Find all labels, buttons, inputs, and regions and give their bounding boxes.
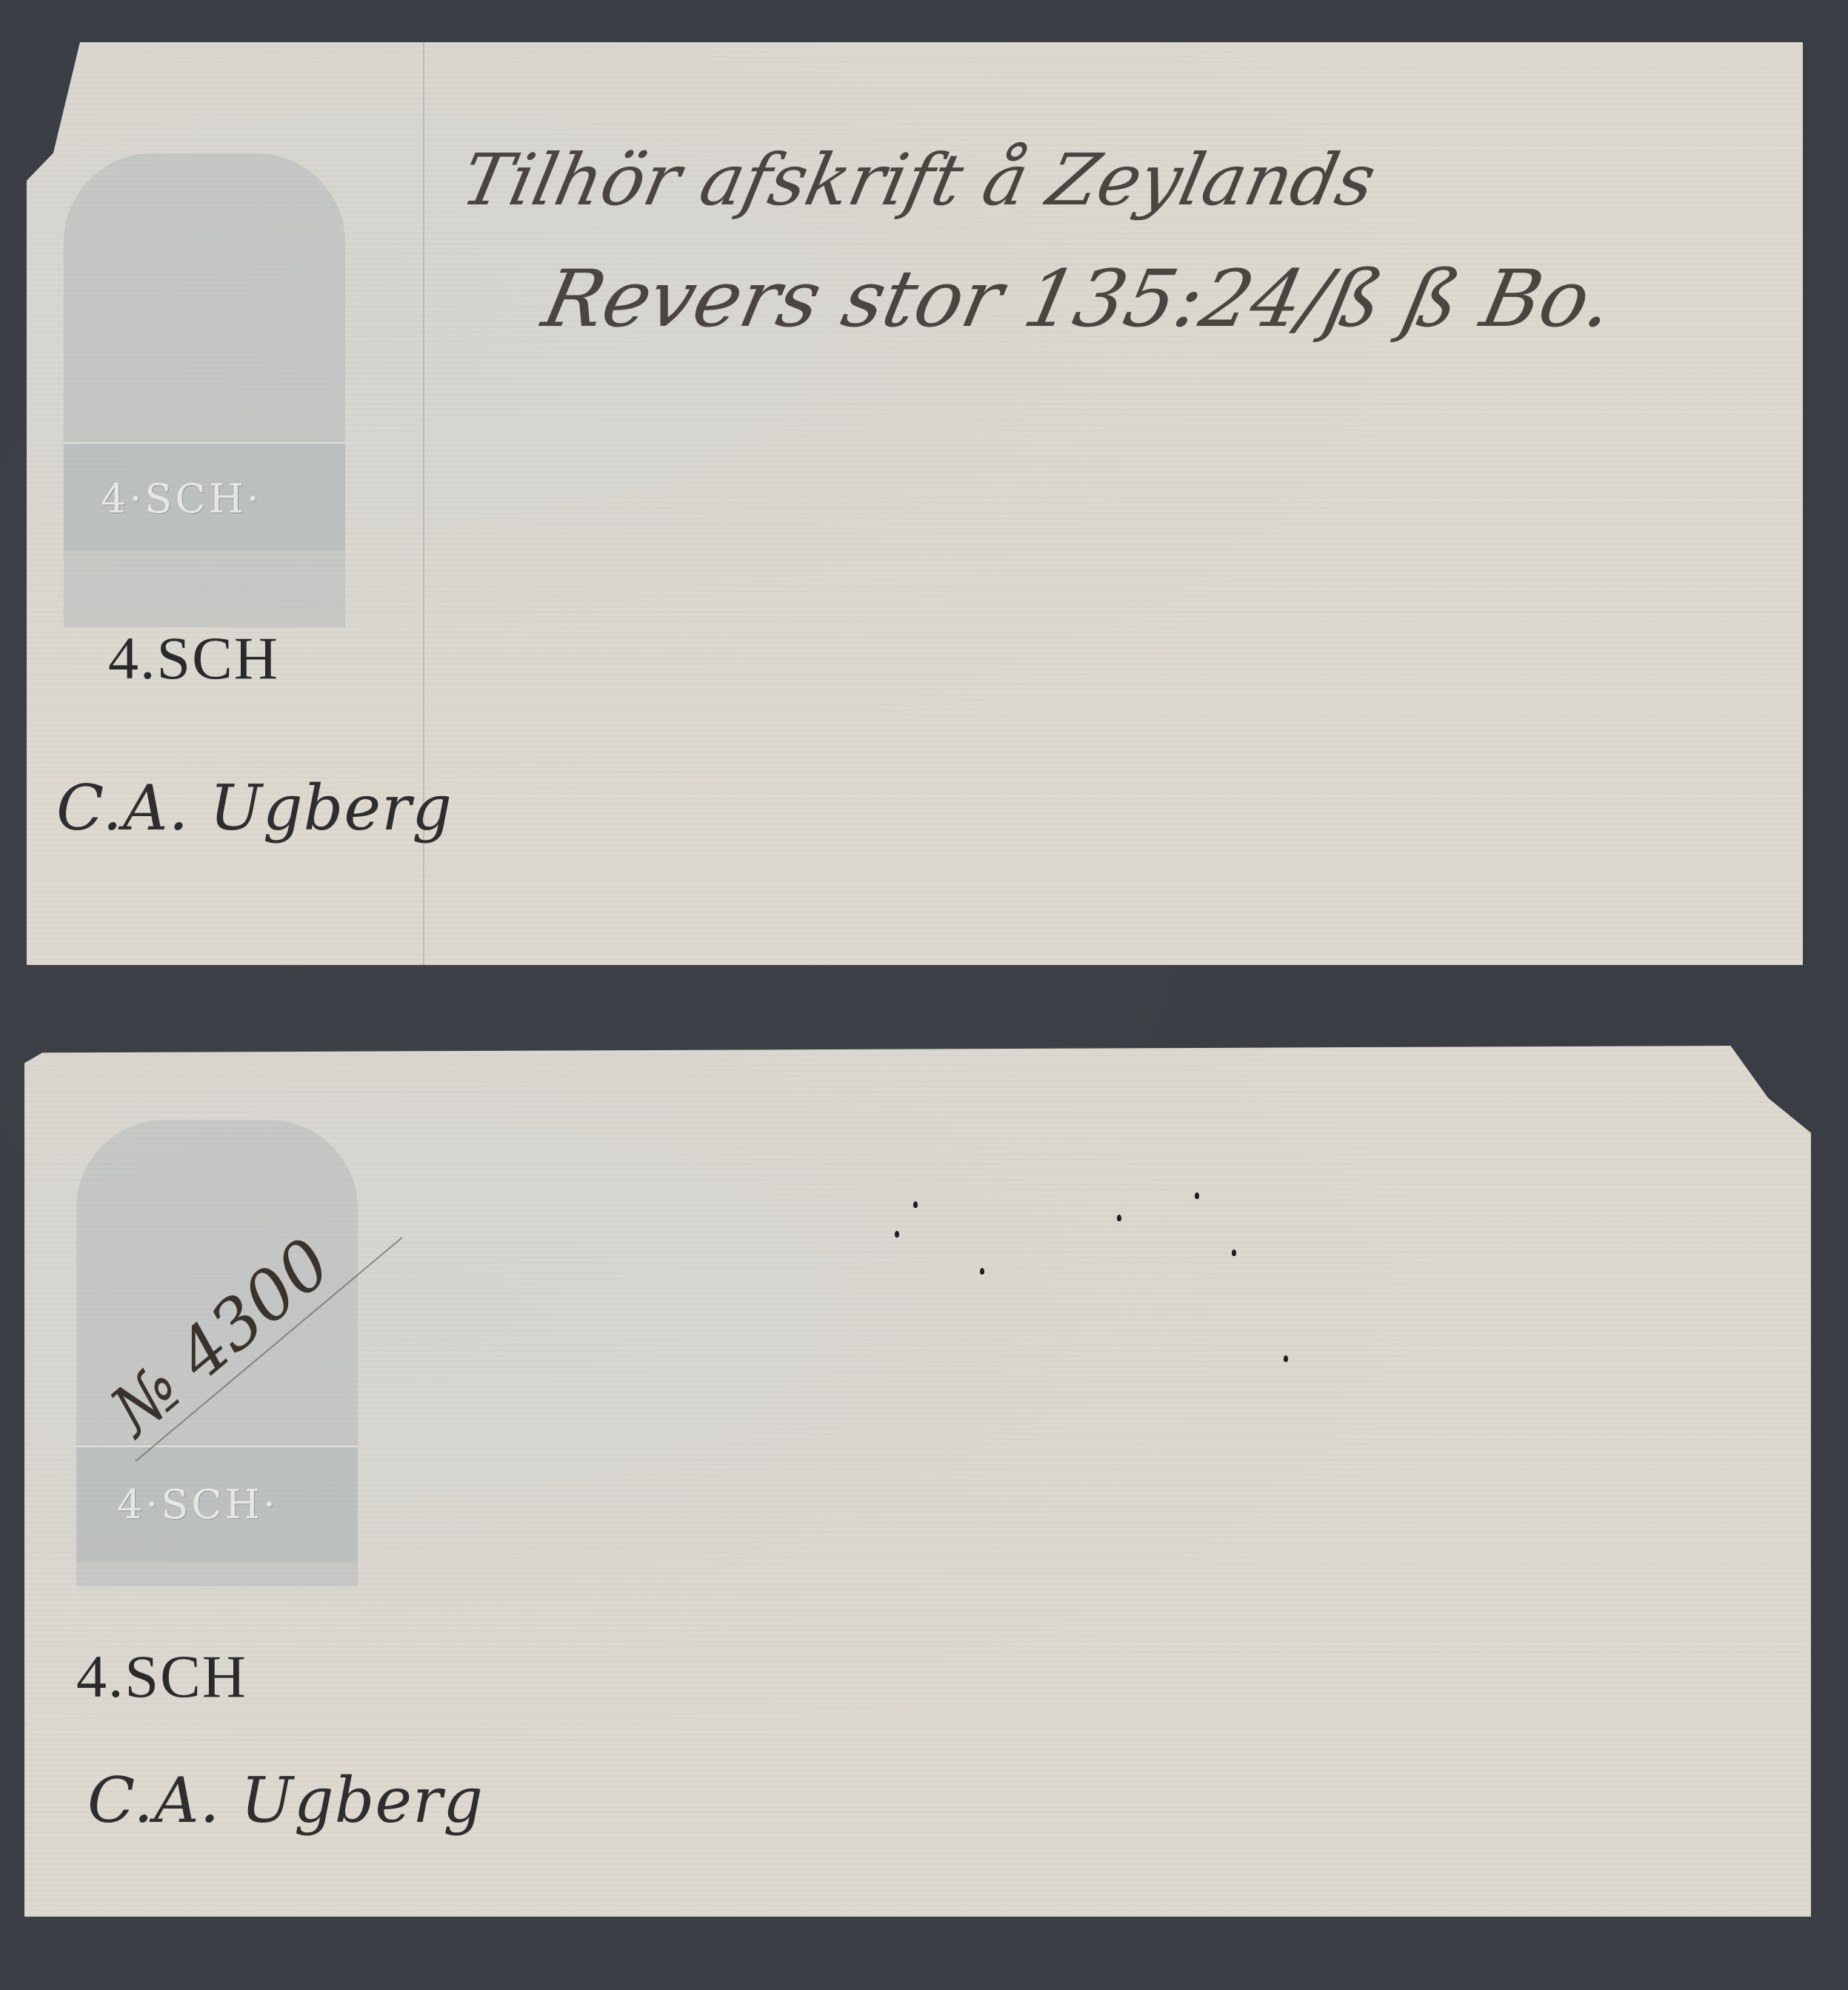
document-upper: 4·SCH· 4.SCH C.A. Ugberg Tilhör afskrift… [27,42,1803,965]
ink-speck [980,1268,984,1275]
ink-speck [1117,1215,1121,1221]
signature-stamp: C.A. Ugberg [87,1764,484,1837]
printed-value-stamp: 4.SCH [108,624,279,693]
ink-speck [1284,1355,1288,1362]
ink-speck [1195,1192,1199,1199]
printed-value-stamp: 4.SCH [76,1642,247,1712]
handwritten-note-line-2: Revers stor 135:24/ß ß Bo. [536,253,1621,344]
embossed-stamp-label: 4·SCH· [117,1481,278,1528]
signature-stamp: C.A. Ugberg [56,772,453,844]
ink-speck [1232,1249,1236,1256]
ink-speck [895,1231,899,1238]
document-lower: 4·SCH· № 4300 4.SCH C.A. Ugberg [24,1046,1811,1917]
embossed-stamp-label: 4·SCH· [101,475,262,522]
ink-speck [913,1201,918,1208]
handwritten-note-line-1: Tilhör afskrift å Zeylands [455,138,1383,221]
embossed-stamp-area [64,153,345,627]
